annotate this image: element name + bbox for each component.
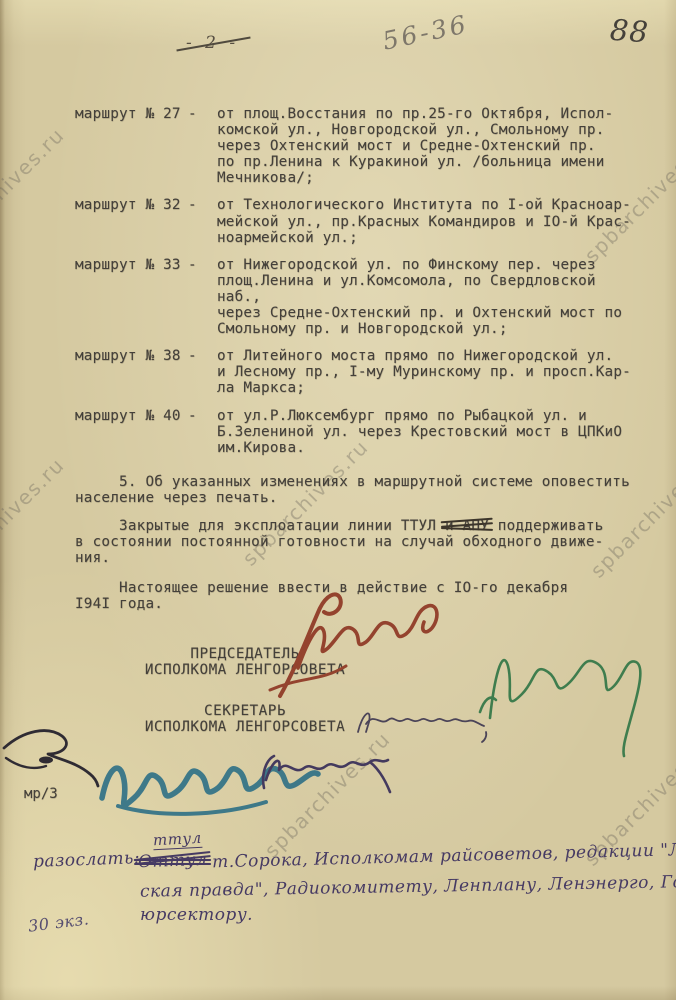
route-38: маршрут № 38 - от Литейного моста прямо … (75, 348, 635, 396)
copies-count-note: 30 экз. (27, 909, 90, 935)
route-38-dash: - (188, 348, 217, 396)
paragraph-closed-lines: Закрытые для эксплоатации линии ТТУЛ и А… (75, 518, 635, 566)
distribution-prefix: разослать: (33, 848, 141, 872)
struck-page-number: - 2 - (186, 33, 239, 53)
route-27-text: от площ.Восстания по пр.25-го Октября, И… (217, 106, 635, 186)
secretary-signature (348, 696, 490, 746)
distribution-line-1: т.Сорока, Исполкомам райсоветов, редакци… (212, 838, 676, 873)
pencil-note: 56-36 (380, 9, 471, 55)
watermark-mid-left: spbarchives.ru (0, 453, 69, 589)
closed-lines-text-before: Закрытые для эксплоатации линии ТТУЛ (75, 518, 445, 534)
route-32: маршрут № 32 - от Технологического Инсти… (75, 197, 635, 245)
typed-body: маршрут № 27 - от площ.Восстания по пр.2… (75, 106, 635, 612)
route-40: маршрут № 40 - от ул.Р.Люксембург прямо … (75, 408, 635, 456)
watermark-top-left: spbarchives.ru (0, 123, 69, 259)
distribution-line-2: ская правда", Радиокомитету, Ленплану, Л… (140, 870, 676, 901)
route-38-text: от Литейного моста прямо по Нижегородско… (217, 348, 635, 396)
route-27-number: маршрут № 27 (75, 106, 188, 186)
route-33: маршрут № 33 - от Нижегородской ул. по Ф… (75, 257, 635, 337)
paragraph-5: 5. Об указанных изменениях в маршрутной … (75, 474, 635, 506)
document-page: spbarchives.ru spbarchives.ru spbarchive… (0, 0, 676, 1000)
route-40-text: от ул.Р.Люксембург прямо по Рыбацкой ул.… (217, 408, 635, 456)
route-33-number: маршрут № 33 (75, 257, 188, 337)
fourth-signature-violet (256, 740, 398, 804)
secretary-title: СЕКРЕТАРЬ ИСПОЛКОМА ЛЕНГОРСОВЕТА (134, 703, 356, 735)
route-40-dash: - (188, 408, 217, 456)
route-33-dash: - (188, 257, 217, 337)
route-38-number: маршрут № 38 (75, 348, 188, 396)
route-32-number: маршрут № 32 (75, 197, 188, 245)
page-number: 88 (609, 13, 650, 50)
route-33-text: от Нижегородской ул. по Финскому пер. че… (217, 257, 635, 337)
second-signature-green (472, 620, 657, 760)
route-40-number: маршрут № 40 (75, 408, 188, 456)
distribution-line-3: юрсектору. (140, 905, 253, 925)
margin-signature-black (0, 722, 102, 790)
route-27: маршрут № 27 - от площ.Восстания по пр.2… (75, 106, 635, 186)
route-32-dash: - (188, 197, 217, 245)
route-27-dash: - (188, 106, 217, 186)
chairman-signature-red (262, 584, 457, 702)
distribution-inserted-word: ттул (153, 829, 203, 851)
distribution-struck-word: Оттул (138, 850, 208, 872)
route-32-text: от Технологического Института по I-ой Кр… (217, 197, 635, 245)
pen-struck-text: и АПУ (445, 518, 489, 534)
